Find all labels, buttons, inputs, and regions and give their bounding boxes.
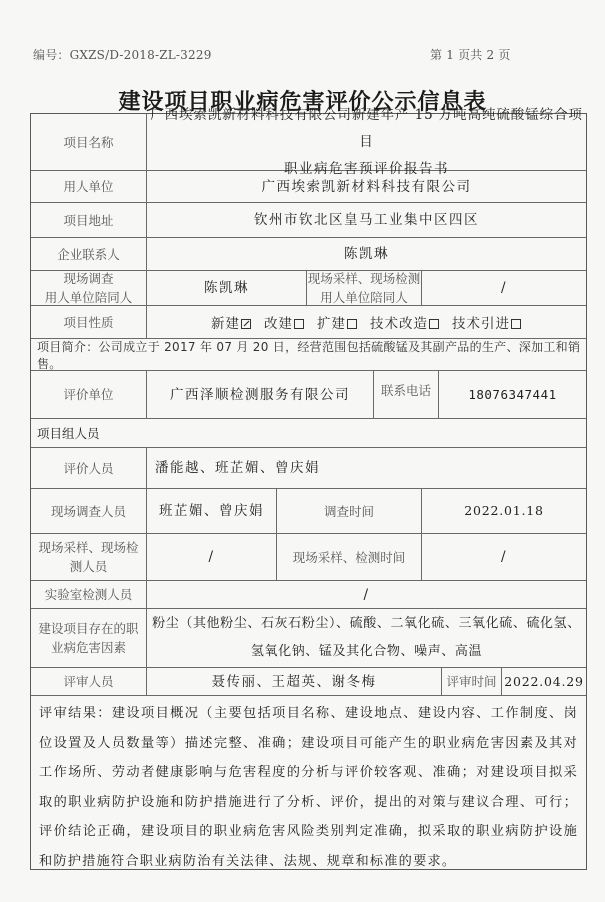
info-table: 项目名称 广西埃索凯新材料科技有限公司新建年产 15 万吨高纯硫酸锰综合项目 职… bbox=[30, 113, 587, 870]
nature-option-tech-import[interactable]: 技术引进 bbox=[452, 312, 522, 332]
project-name-label: 项目名称 bbox=[31, 114, 146, 170]
hazards-label-line2: 业病危害因素 bbox=[51, 638, 126, 657]
review-time-value: 2022.04.29 bbox=[501, 668, 586, 695]
row-address: 项目地址 钦州市钦北区皇马工业集中区四区 bbox=[31, 203, 586, 238]
nature-options: 新建 改建 扩建 技术改造 技术引进 bbox=[146, 306, 586, 338]
accompany-value: 陈凯琳 bbox=[146, 271, 306, 305]
row-project-name: 项目名称 广西埃索凯新材料科技有限公司新建年产 15 万吨高纯硫酸锰综合项目 职… bbox=[31, 114, 586, 171]
checkbox-checked-icon[interactable] bbox=[241, 319, 251, 329]
sampling-accompany-label: 现场采样、现场检测 用人单位陪同人 bbox=[306, 271, 421, 305]
row-hazards: 建设项目存在的职 业病危害因素 粉尘（其他粉尘、石灰石粉尘）、硫酸、二氧化硫、三… bbox=[31, 609, 586, 668]
nature-label: 项目性质 bbox=[31, 306, 146, 338]
hazards-label: 建设项目存在的职 业病危害因素 bbox=[31, 609, 146, 667]
nature-option-rebuild[interactable]: 改建 bbox=[264, 312, 305, 332]
contact-label: 企业联系人 bbox=[31, 238, 146, 270]
evaluator-value: 广西泽顺检测服务有限公司 bbox=[146, 371, 373, 418]
checkbox-empty-icon[interactable] bbox=[294, 319, 304, 329]
sampling-time-label: 现场采样、检测时间 bbox=[276, 534, 421, 580]
assessors-label: 评价人员 bbox=[31, 448, 146, 488]
nature-option-tech-renovation[interactable]: 技术改造 bbox=[370, 312, 440, 332]
survey-time-value: 2022.01.18 bbox=[421, 489, 586, 533]
page-number: 第 1 页共 2 页 bbox=[430, 46, 511, 63]
row-team-header: 项目组人员 bbox=[31, 419, 586, 448]
row-accompany: 现场调查 用人单位陪同人 陈凯琳 现场采样、现场检测 用人单位陪同人 / bbox=[31, 271, 586, 306]
hazards-line1: 粉尘（其他粉尘、石灰石粉尘）、硫酸、二氧化硫、三氧化硫、硫化氢、 bbox=[152, 610, 581, 638]
checkbox-empty-icon[interactable] bbox=[347, 319, 357, 329]
review-time-label: 评审时间 bbox=[441, 668, 501, 695]
review-result-text: 评审结果：建设项目概况（主要包括项目名称、建设地点、建设内容、工作制度、岗位设置… bbox=[31, 696, 586, 876]
accompany-label-line1: 现场调查 bbox=[63, 269, 113, 288]
survey-label: 现场调查人员 bbox=[31, 489, 146, 533]
sampling-accompany-label-line1: 现场采样、现场检测 bbox=[308, 269, 421, 288]
address-label: 项目地址 bbox=[31, 203, 146, 237]
nature-option-new[interactable]: 新建 bbox=[211, 312, 252, 332]
sampling-value: / bbox=[146, 534, 276, 580]
lab-value: / bbox=[146, 581, 586, 608]
evaluator-label: 评价单位 bbox=[31, 371, 146, 418]
sampling-label-line1: 现场采样、现场检 bbox=[38, 538, 138, 557]
accompany-label-line2: 用人单位陪同人 bbox=[45, 288, 133, 307]
project-intro: 项目简介：公司成立于 2017 年 07 月 20 日，经营范围包括硫酸锰及其副… bbox=[31, 339, 586, 370]
address-value: 钦州市钦北区皇马工业集中区四区 bbox=[146, 203, 586, 237]
row-nature: 项目性质 新建 改建 扩建 技术改造 技术引进 bbox=[31, 306, 586, 339]
reviewers-label: 评审人员 bbox=[31, 668, 146, 695]
sampling-label-line2: 测人员 bbox=[70, 557, 108, 576]
team-header: 项目组人员 bbox=[31, 419, 586, 447]
checkbox-empty-icon[interactable] bbox=[429, 319, 439, 329]
hazards-label-line1: 建设项目存在的职 bbox=[38, 619, 138, 638]
hazards-line2: 氢氧化钠、锰及其化合物、噪声、高温 bbox=[251, 638, 482, 666]
row-lab: 实验室检测人员 / bbox=[31, 581, 586, 609]
row-contact: 企业联系人 陈凯琳 bbox=[31, 238, 586, 271]
project-name-value: 广西埃索凯新材料科技有限公司新建年产 15 万吨高纯硫酸锰综合项目 职业病危害预… bbox=[146, 114, 586, 170]
employer-label: 用人单位 bbox=[31, 171, 146, 202]
document-number: 编号：GXZS/D-2018-ZL-3229 bbox=[33, 46, 212, 63]
row-review-result: 评审结果：建设项目概况（主要包括项目名称、建设地点、建设内容、工作制度、岗位设置… bbox=[31, 696, 586, 869]
sampling-accompany-value: / bbox=[421, 271, 586, 305]
project-name-line1: 广西埃索凯新材料科技有限公司新建年产 15 万吨高纯硫酸锰综合项目 bbox=[147, 102, 586, 156]
accompany-label: 现场调查 用人单位陪同人 bbox=[31, 271, 146, 305]
phone-value: 18076347441 bbox=[438, 371, 586, 418]
row-reviewers: 评审人员 聂传丽、王超英、谢冬梅 评审时间 2022.04.29 bbox=[31, 668, 586, 696]
row-assessors: 评价人员 潘能越、班芷媚、曾庆娟 bbox=[31, 448, 586, 489]
sampling-time-value: / bbox=[421, 534, 586, 580]
checkbox-empty-icon[interactable] bbox=[511, 319, 521, 329]
hazards-value: 粉尘（其他粉尘、石灰石粉尘）、硫酸、二氧化硫、三氧化硫、硫化氢、 氢氧化钠、锰及… bbox=[146, 609, 586, 667]
row-employer: 用人单位 广西埃索凯新材料科技有限公司 bbox=[31, 171, 586, 203]
row-sampling: 现场采样、现场检 测人员 / 现场采样、检测时间 / bbox=[31, 534, 586, 581]
row-survey: 现场调查人员 班芷媚、曾庆娟 调查时间 2022.01.18 bbox=[31, 489, 586, 534]
survey-time-label: 调查时间 bbox=[276, 489, 421, 533]
assessors-value: 潘能越、班芷媚、曾庆娟 bbox=[146, 448, 586, 488]
nature-option-expand[interactable]: 扩建 bbox=[317, 312, 358, 332]
sampling-label: 现场采样、现场检 测人员 bbox=[31, 534, 146, 580]
employer-value: 广西埃索凯新材料科技有限公司 bbox=[146, 171, 586, 202]
contact-value: 陈凯琳 bbox=[146, 238, 586, 270]
lab-label: 实验室检测人员 bbox=[31, 581, 146, 608]
sampling-accompany-label-line2: 用人单位陪同人 bbox=[320, 288, 408, 307]
row-evaluator: 评价单位 广西泽顺检测服务有限公司 联系电话 18076347441 bbox=[31, 371, 586, 419]
reviewers-value: 聂传丽、王超英、谢冬梅 bbox=[146, 668, 441, 695]
row-intro: 项目简介：公司成立于 2017 年 07 月 20 日，经营范围包括硫酸锰及其副… bbox=[31, 339, 586, 371]
phone-label: 联系电话 bbox=[373, 371, 438, 418]
survey-value: 班芷媚、曾庆娟 bbox=[146, 489, 276, 533]
